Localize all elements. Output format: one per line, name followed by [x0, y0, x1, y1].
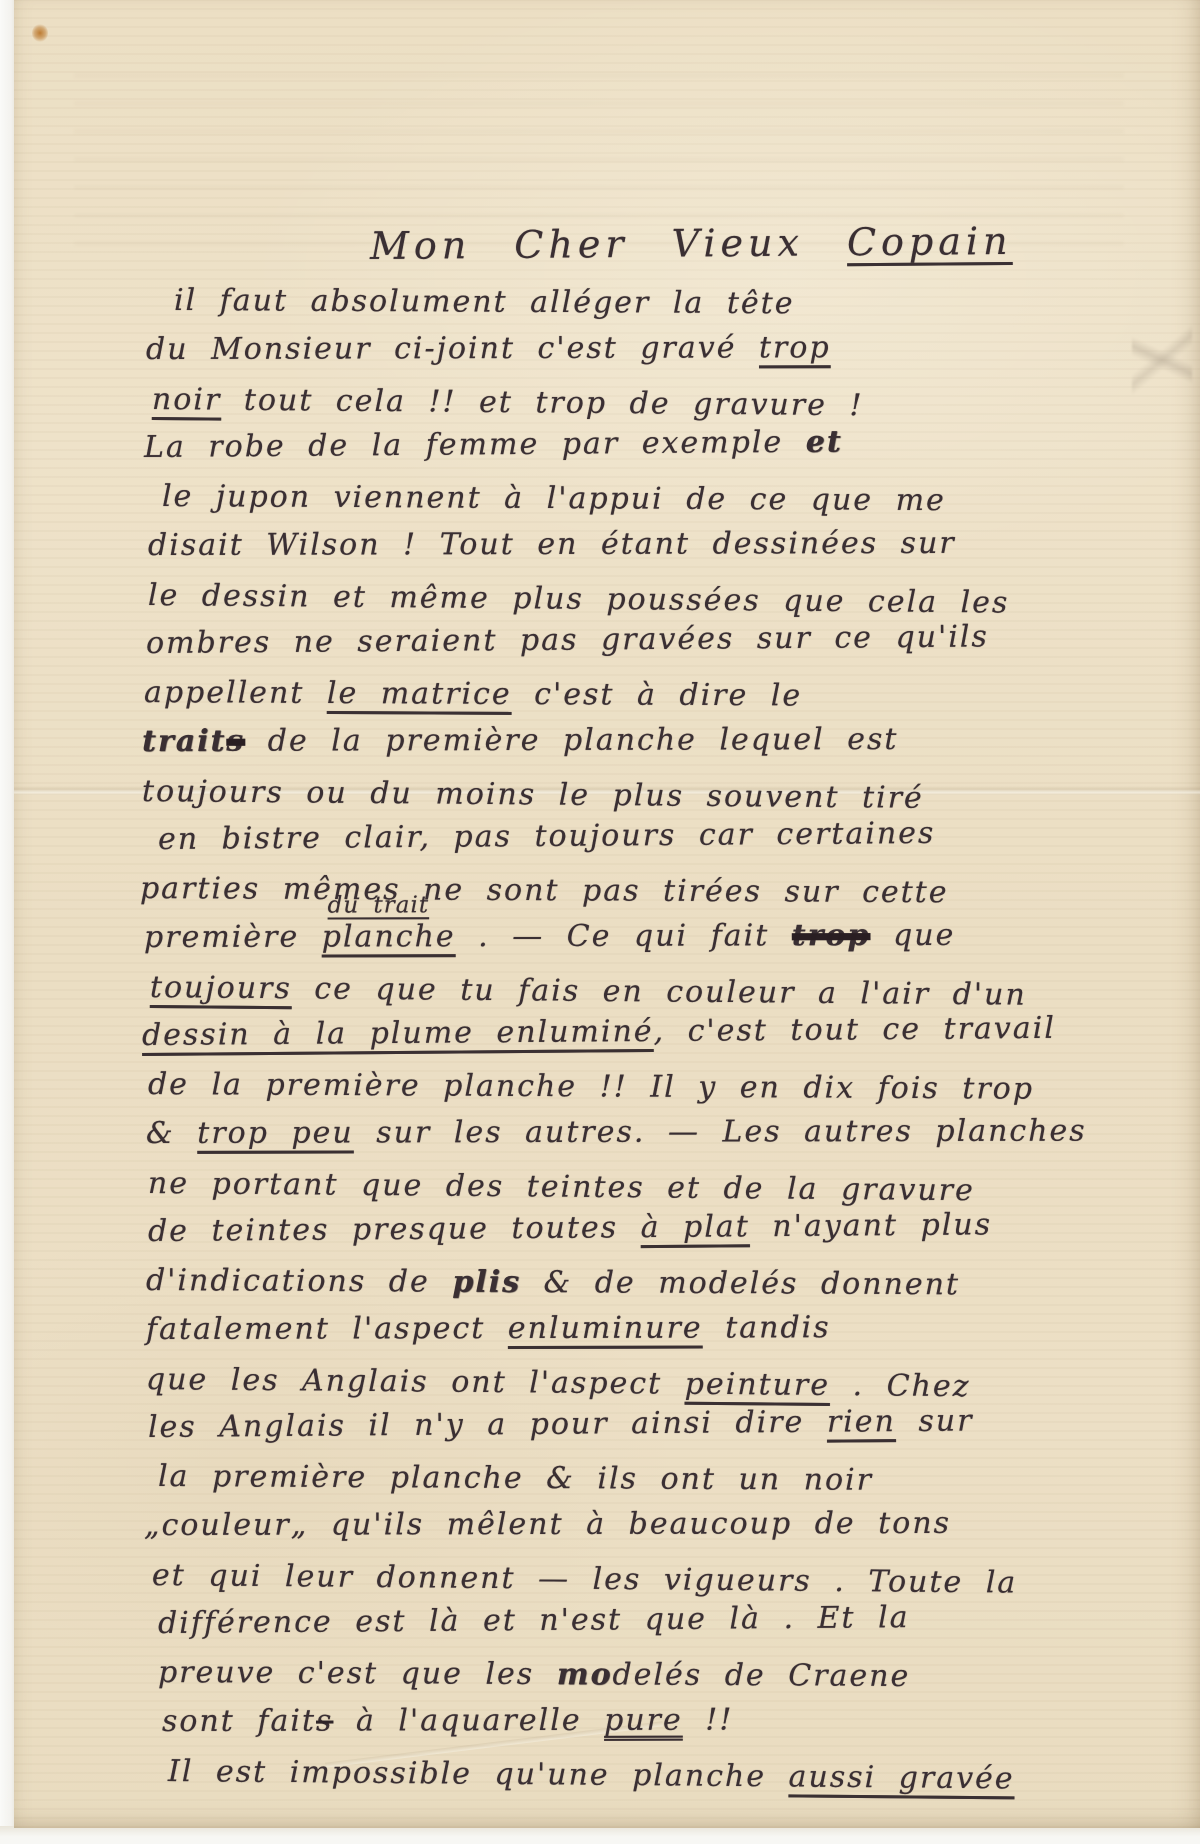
inserted-text-above-line: du trait	[328, 881, 430, 930]
letter-text-segment: s	[226, 724, 245, 759]
letter-text-segment: de la première planche !! Il y en dix fo…	[148, 1067, 1034, 1107]
letter-line: première du traitplanche . — Ce qui fait…	[144, 910, 1198, 962]
letter-text-segment: sur	[896, 1404, 974, 1440]
letter-text-segment: disait Wilson ! Tout en étant dessinées …	[148, 526, 956, 563]
letter-text-segment: à plat	[641, 1209, 750, 1245]
letter-line: de teintes presque toutes à plat n'ayant…	[148, 1199, 1198, 1256]
letter-text-segment: pure	[604, 1703, 683, 1738]
letter-text-segment: preuve c'est que les	[158, 1655, 557, 1692]
insertion-anchor: du traitplanche	[322, 912, 456, 961]
letter-line: & trop peu sur les autres. — Les autres …	[146, 1106, 1198, 1158]
letter-text-segment: La robe de la femme par exemple	[144, 425, 806, 465]
letter-text-segment: trait	[142, 724, 226, 759]
letter-line: différence est là et n'est que là . Et l…	[158, 1591, 1198, 1648]
letter-body: Mon Cher Vieux Copainil faut absolument …	[132, 220, 1198, 1795]
letter-text-segment: delés de Craene	[612, 1657, 910, 1694]
letter-text-segment: trop	[792, 918, 871, 953]
letter-line: dessin à la plume enluminé, c'est tout c…	[142, 1003, 1198, 1060]
letter-paper: Mon Cher Vieux Copainil faut absolument …	[14, 0, 1200, 1828]
letter-text-segment: Mon Cher Vieux	[370, 220, 847, 268]
letter-text-segment: n'ayant plus	[750, 1207, 993, 1244]
letter-text-segment: noir	[152, 382, 222, 418]
letter-text-segment: que	[870, 918, 955, 953]
letter-text-segment: du Monsieur ci-joint c'est gravé	[146, 330, 759, 367]
scanner-bed-bottom-strip	[0, 1826, 1200, 1844]
letter-text-segment: aussi gravée	[788, 1759, 1014, 1796]
letter-line: „couleur„ qu'ils mêlent à beaucoup de to…	[144, 1498, 1198, 1550]
letter-line: les Anglais il n'y a pour ainsi dire rie…	[148, 1395, 1198, 1452]
letter-text-segment: mo	[557, 1657, 613, 1692]
letter-text-segment: & de modelés donnent	[521, 1265, 960, 1302]
letter-text-segment: il faut absolument alléger la tête	[174, 283, 795, 321]
letter-text-segment: première	[144, 920, 322, 955]
letter-text-segment: le jupon viennent à l'appui de ce que me	[162, 479, 946, 518]
letter-text-segment: c'est à dire le	[512, 677, 803, 714]
letter-text-segment: !!	[683, 1703, 734, 1738]
letter-text-segment: ombres ne seraient pas gravées sur ce qu…	[146, 619, 989, 661]
letter-text-segment: trop	[759, 330, 831, 365]
letter-text-segment: rien	[827, 1404, 896, 1440]
letter-text-segment: de teintes presque toutes	[148, 1210, 641, 1249]
letter-text-segment: en bistre clair, pas toujours car certai…	[158, 816, 936, 857]
letter-text-segment: , c'est tout ce travail	[653, 1011, 1056, 1049]
letter-text-segment: Copain	[847, 219, 1013, 264]
letter-text-segment: la première planche & ils ont un noir	[158, 1459, 873, 1498]
letter-text-segment: à l'aquarelle	[333, 1703, 604, 1739]
letter-text-segment: tandis	[703, 1310, 831, 1345]
letter-line: en bistre clair, pas toujours car certai…	[158, 807, 1198, 864]
letter-text-segment: enluminure	[508, 1311, 703, 1347]
letter-text-segment: le matrice	[327, 676, 512, 712]
letter-text-segment: d'indications de	[146, 1263, 452, 1300]
letter-text-segment: s	[316, 1704, 333, 1739]
letter-text-segment: toujours	[150, 970, 292, 1006]
letter-text-segment: sont fait	[162, 1704, 316, 1739]
letter-text-segment: que les Anglais ont l'aspect	[146, 1362, 685, 1402]
letter-text-segment: . — Ce qui fait	[456, 918, 792, 954]
letter-text-segment: „couleur„ qu'ils mêlent à beaucoup de to…	[144, 1506, 951, 1543]
letter-line: fatalement l'aspect enluminure tandis	[146, 1302, 1198, 1354]
letter-text-segment: appellent	[144, 675, 327, 711]
letter-text-segment: parties mêmes ne sont pas tirées sur cet…	[140, 871, 949, 910]
letter-text-segment: plis	[452, 1265, 521, 1300]
letter-text-segment: fatalement l'aspect	[146, 1311, 508, 1347]
letter-text-segment: les Anglais il n'y a pour ainsi dire	[148, 1405, 827, 1445]
letter-line: traits de la première planche lequel est	[142, 714, 1198, 766]
letter-text-segment: sur les autres. — Les autres planches	[354, 1114, 1087, 1151]
letter-line: sont faits à l'aquarelle pure !!	[162, 1694, 1198, 1746]
scanned-letter: Mon Cher Vieux Copainil faut absolument …	[0, 0, 1200, 1844]
letter-text-segment: trop peu	[197, 1115, 354, 1150]
foxing-spot	[32, 24, 48, 42]
letter-text-segment: et	[806, 425, 843, 460]
letter-line: La robe de la femme par exemple et	[144, 415, 1198, 472]
letter-line: disait Wilson ! Tout en étant dessinées …	[148, 518, 1198, 570]
letter-text-segment: &	[146, 1116, 197, 1151]
letter-line: du Monsieur ci-joint c'est gravé trop	[146, 322, 1198, 374]
letter-text-segment: différence est là et n'est que là . Et l…	[158, 1600, 910, 1641]
letter-text-segment: de la première planche lequel est	[245, 722, 898, 759]
letter-line: ombres ne seraient pas gravées sur ce qu…	[146, 611, 1198, 668]
letter-line: Il est impossible qu'une planche aussi g…	[168, 1747, 1198, 1805]
letter-text-segment: Il est impossible qu'une planche	[168, 1754, 789, 1794]
letter-salutation: Mon Cher Vieux Copain	[370, 213, 1198, 276]
letter-text-segment: dessin à la plume enluminé	[142, 1014, 654, 1053]
